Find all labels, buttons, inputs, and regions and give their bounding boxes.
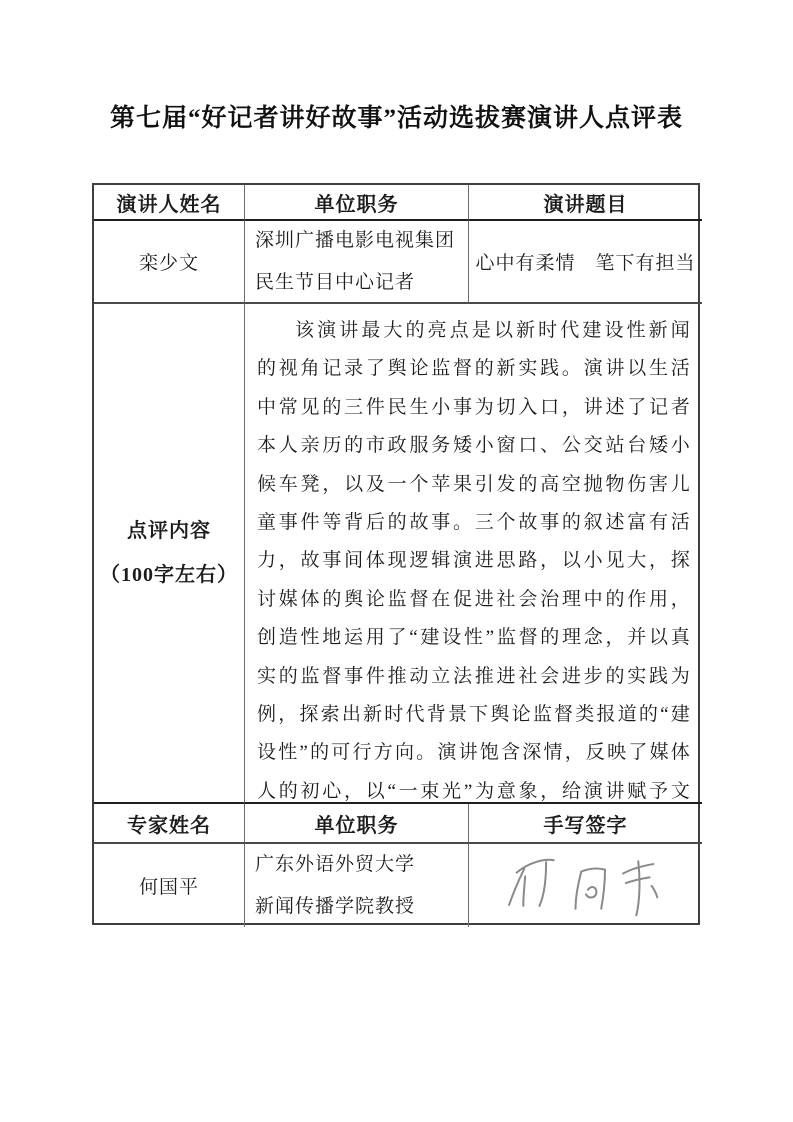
evaluation-table: 演讲人姓名 单位职务 演讲题目 栾少文 深圳广播电影电视集团 民生节目中心记者 … xyxy=(92,183,700,925)
expert-unit-line2: 新闻传播学院教授 xyxy=(255,886,415,928)
comment-label-cell: 点评内容 （100字左右） xyxy=(94,304,245,804)
page-title: 第七届“好记者讲好故事”活动选拔赛演讲人点评表 xyxy=(0,98,793,134)
header-speech-topic: 演讲题目 xyxy=(469,185,702,221)
speaker-name-value: 栾少文 xyxy=(94,221,245,304)
header-speaker-unit: 单位职务 xyxy=(245,185,469,221)
comment-label-line2: （100字左右） xyxy=(100,553,238,597)
signature-cell xyxy=(469,844,702,927)
document-page: 第七届“好记者讲好故事”活动选拔赛演讲人点评表 演讲人姓名 单位职务 演讲题目 … xyxy=(0,0,793,1122)
expert-unit-line1: 广东外语外贸大学 xyxy=(255,844,415,886)
header-speaker-name: 演讲人姓名 xyxy=(94,185,245,221)
comment-paragraph: 该演讲最大的亮点是以新时代建设性新闻的视角记录了舆论监督的新实践。演讲以生活中常… xyxy=(257,312,692,804)
header-expert-unit: 单位职务 xyxy=(245,804,469,844)
speaker-unit-value: 深圳广播电影电视集团 民生节目中心记者 xyxy=(245,221,469,304)
header-expert-name: 专家姓名 xyxy=(94,804,245,844)
header-handwritten-signature: 手写签字 xyxy=(469,804,702,844)
speaker-unit-line2: 民生节目中心记者 xyxy=(255,262,415,304)
expert-unit-value: 广东外语外贸大学 新闻传播学院教授 xyxy=(245,844,469,927)
comment-label-line1: 点评内容 xyxy=(127,509,211,553)
signature-handwriting-icon xyxy=(491,846,681,922)
comment-body-cell: 该演讲最大的亮点是以新时代建设性新闻的视角记录了舆论监督的新实践。演讲以生活中常… xyxy=(245,304,702,804)
expert-name-value: 何国平 xyxy=(94,844,245,927)
speech-topic-value: 心中有柔情 笔下有担当 xyxy=(469,221,702,304)
speaker-unit-line1: 深圳广播电影电视集团 xyxy=(255,221,455,262)
